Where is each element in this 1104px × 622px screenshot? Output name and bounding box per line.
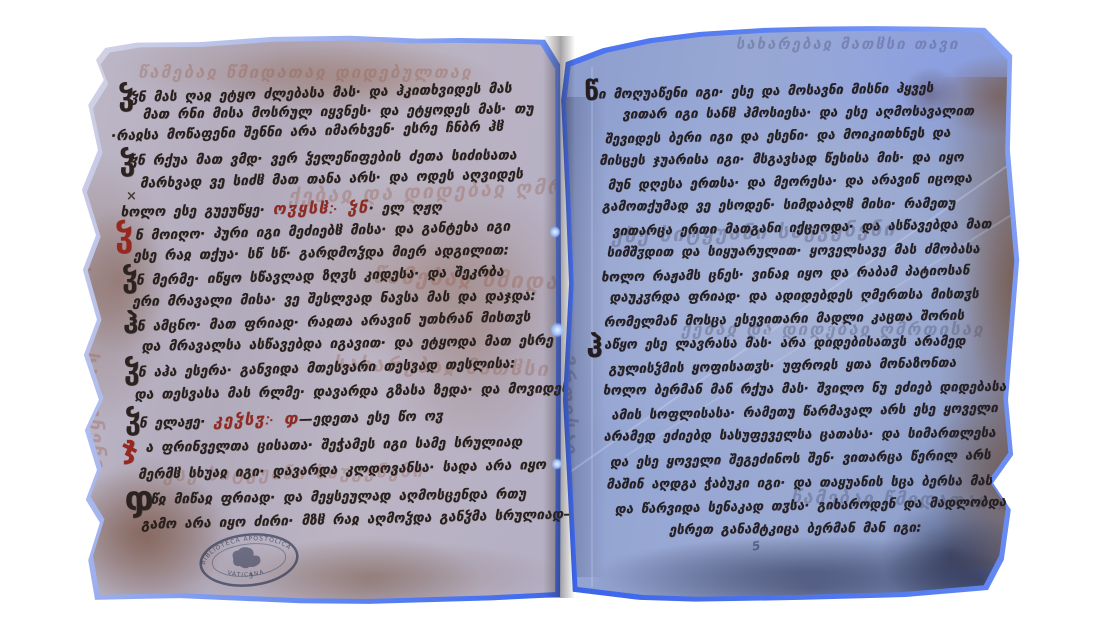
text-line: ესრეთ განამტკიცა ბერმან მან იგი: [669, 520, 922, 540]
drop-initial: ჰ [123, 310, 139, 338]
drop-initial-red: ჴ [115, 219, 133, 251]
stamp-number: 3 [248, 572, 253, 580]
line-text: ვითარ იგი სანჱ ჰმოსიესა· და ესე აღმოსავა… [622, 104, 974, 122]
drop-initial: ჶ [124, 482, 154, 517]
line-text: —ედეთა ესე წო ოჳ [299, 408, 443, 428]
undertext-ghost: წამებაჲ წმიდათაჲ დიდებულთაჲ [138, 65, 473, 82]
text-line: მისცეს ჯუარისა იგი· მსგავსად წესისა მის·… [599, 149, 964, 170]
margin-cross-mark: × [126, 190, 137, 203]
gutter-light-glint [550, 226, 560, 238]
line-text: ხოლო ბერმან მან რქუა მას· შვილო ნუ ეძიებ… [603, 380, 1007, 399]
library-stamp: BIBLIOTECA APOSTOLICA VATICANA 3 [187, 522, 311, 598]
drop-initial: ჴ [118, 82, 134, 110]
rubric-text: კეჴსჳ჻ ჶ [213, 409, 299, 430]
drop-initial: ჴ [119, 147, 135, 175]
drop-initial: ჴ [122, 264, 138, 292]
text-line: დაუკჳრდა ფრიად· და ადიდებდეს ღმერთსა მის… [609, 286, 979, 308]
drop-initial: ჴ [124, 356, 140, 384]
drop-initial: წ [584, 79, 599, 105]
text-line: აწყო ესე ლავრასა მას· არა დიდებისათჳს არ… [604, 333, 966, 354]
line-text: ესრეთ განამტკიცა ბერმან მან იგი: [669, 521, 922, 538]
gutter-shadow [543, 36, 575, 598]
svg-text:VATICANA: VATICANA [226, 566, 265, 580]
undertext-ghost: სახარებაჲ მათჱსი თავი [736, 37, 960, 52]
text-line: სიმშჳდით და სიყუარულით· ყოველსავე მას ძმ… [607, 241, 980, 263]
line-text: მისცეს ჯუარისა იგი· მსგავსად წესისა მის·… [599, 150, 964, 168]
gutter-light-glint [551, 322, 564, 338]
gutter-light-glint [552, 458, 562, 470]
line-text: მაშინ აღდგა ჭაბუკი იგი· და თაყუანის სცა … [606, 474, 992, 493]
rubric-text: ოჳყსჱ჻ ჴნ [273, 198, 369, 218]
line-text: არამედ ეძიებდ სასუფეველსა ცათასა· და სიმ… [604, 426, 996, 445]
line-text: ხოლო ესე გუეუწყე· [120, 202, 272, 220]
manuscript-photo: ესე სიტყუანი საუკუნენი წამებაჲ წმიდათაჲ … [0, 0, 1104, 622]
line-text: ნ ელაჟე· [139, 414, 214, 432]
right-page: ქებაჲ და დიდებაჲ ღმრთისაჲ სახარებაჲ მათჱ… [556, 22, 1022, 604]
stamp-emblem [232, 546, 261, 570]
text-line: მაშინ აღდგა ჭაბუკი იგი· და თაყუანის სცა … [606, 473, 992, 495]
stamp-arc-text-bottom: VATICANA [226, 566, 265, 580]
line-text: სიმშჳდით და სიყუარულით· ყოველსავე მას ძმ… [607, 242, 980, 261]
line-text: · ელ ღჟღ [368, 200, 442, 217]
text-line: ვითარ იგი სანჱ ჰმოსიესა· და ესე აღმოსავა… [622, 103, 974, 124]
drop-initial: ჰ [586, 333, 603, 363]
text-line: გამოთქუმად ვე ესოდენ· სიმდაბლჱ მისი· რამ… [602, 195, 956, 216]
left-page: ესე სიტყუანი საუკუნენი წამებაჲ წმიდათაჲ … [78, 30, 564, 605]
crease [591, 67, 593, 587]
line-text: აწყო ესე ლავრასა მას· არა დიდებისათჳს არ… [604, 334, 966, 352]
line-text: გამოთქუმად ვე ესოდენ· სიმდაბლჱ მისი· რამ… [602, 196, 956, 214]
drop-initial-red: ჯ [121, 433, 138, 463]
line-text: დაუკჳრდა ფრიად· და ადიდებდეს ღმერთსა მის… [609, 287, 979, 306]
text-line: არამედ ეძიებდ სასუფეველსა ცათასა· და სიმ… [604, 425, 996, 447]
